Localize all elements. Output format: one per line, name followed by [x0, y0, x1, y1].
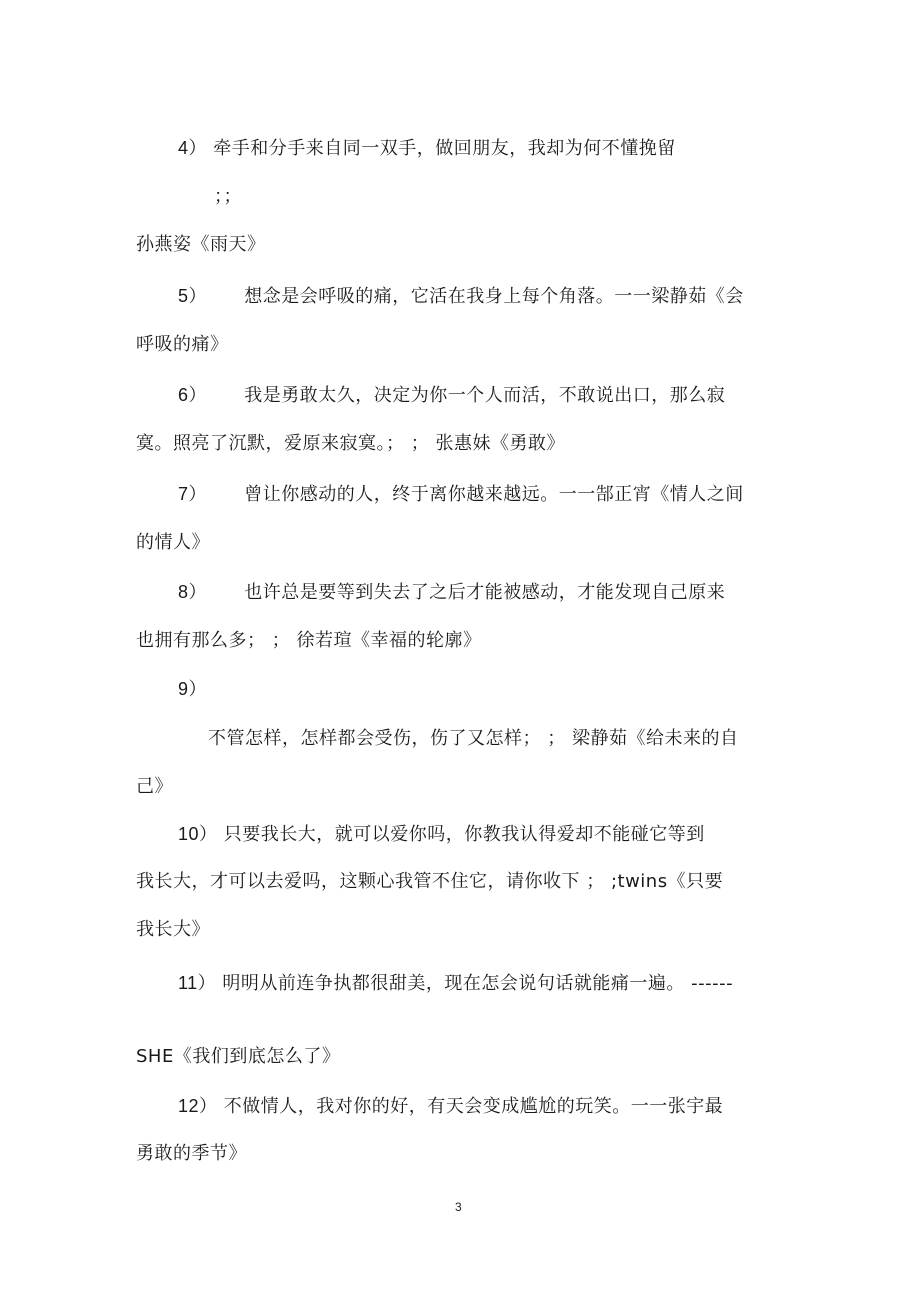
entry-5-line-2: 呼吸的痛》 [136, 333, 229, 357]
entry-6-line-2: 寞。照亮了沉默，爱原来寂寞。； ； 张惠妹《勇敢》 [136, 432, 565, 456]
entry-12-line-1: 12） 不做情人，我对你的好，有天会变成尴尬的玩笑。一一张宇最 [178, 1094, 723, 1119]
entry-number: 6） [178, 383, 238, 407]
entry-11-line-1: 11） 明明从前连争执都很甜美，现在怎会说句话就能痛一遍。 ------ [178, 971, 733, 996]
entry-number: 9） [178, 679, 207, 699]
entry-number: 5） [178, 284, 238, 308]
entry-9-line-1: 9） [178, 677, 207, 702]
entry-number: 8） [178, 580, 238, 604]
entry-number: 10） [178, 824, 218, 844]
entry-number: 4） [178, 138, 207, 158]
page-number: 3 [455, 1200, 462, 1214]
entry-10-line-2: 我长大，才可以去爱吗，这颗心我管不住它，请你收下 ； ;twins《只要 [136, 870, 723, 894]
entry-9-line-3: 己》 [136, 775, 173, 799]
entry-10-line-3: 我长大》 [136, 918, 210, 942]
entry-text: 只要我长大，就可以爱你吗，你教我认得爱却不能碰它等到 [224, 824, 705, 845]
entry-8-line-1: 8） 也许总是要等到失去了之后才能被感动，才能发现自己原来 [178, 580, 725, 605]
entry-4-line-1: 4） 牵手和分手来自同一双手，做回朋友，我却为何不懂挽留 [178, 136, 676, 161]
entry-text: 不做情人，我对你的好，有天会变成尴尬的玩笑。一一张宇最 [224, 1096, 724, 1117]
entry-text: 牵手和分手来自同一双手，做回朋友，我却为何不懂挽留 [213, 138, 676, 159]
entry-4-line-3: 孙燕姿《雨天》 [136, 233, 266, 257]
entry-5-line-1: 5） 想念是会呼吸的痛，它活在我身上每个角落。一一梁静茹《会 [178, 284, 744, 309]
entry-11-line-2: SHE《我们到底怎么了》 [136, 1045, 340, 1069]
entry-text: 曾让你感动的人，终于离你越来越远。一一郜正宵《情人之间 [244, 484, 744, 505]
entry-8-line-2: 也拥有那么多； ； 徐若瑄《幸福的轮廓》 [136, 629, 481, 653]
entry-text: 明明从前连争执都很甜美，现在怎会说句话就能痛一遍。 ------ [222, 973, 733, 994]
entry-4-line-2: ；； [214, 185, 242, 209]
entry-6-line-1: 6） 我是勇敢太久，决定为你一个人而活，不敢说出口，那么寂 [178, 383, 725, 408]
entry-12-line-2: 勇敢的季节》 [136, 1142, 247, 1166]
document-page: 4） 牵手和分手来自同一双手，做回朋友，我却为何不懂挽留 ；； 孙燕姿《雨天》 … [0, 0, 920, 1303]
entry-text: 想念是会呼吸的痛，它活在我身上每个角落。一一梁静茹《会 [244, 286, 744, 307]
entry-text: 也许总是要等到失去了之后才能被感动，才能发现自己原来 [244, 582, 725, 603]
entry-7-line-1: 7） 曾让你感动的人，终于离你越来越远。一一郜正宵《情人之间 [178, 482, 744, 507]
entry-9-line-2: 不管怎样，怎样都会受伤，伤了又怎样； ； 梁静茹《给未来的自 [208, 727, 738, 751]
entry-number: 11） [178, 973, 216, 993]
entry-text: 我是勇敢太久，决定为你一个人而活，不敢说出口，那么寂 [244, 385, 725, 406]
entry-number: 7） [178, 482, 238, 506]
entry-number: 12） [178, 1096, 218, 1116]
entry-10-line-1: 10） 只要我长大，就可以爱你吗，你教我认得爱却不能碰它等到 [178, 822, 705, 847]
entry-7-line-2: 的情人》 [136, 531, 210, 555]
